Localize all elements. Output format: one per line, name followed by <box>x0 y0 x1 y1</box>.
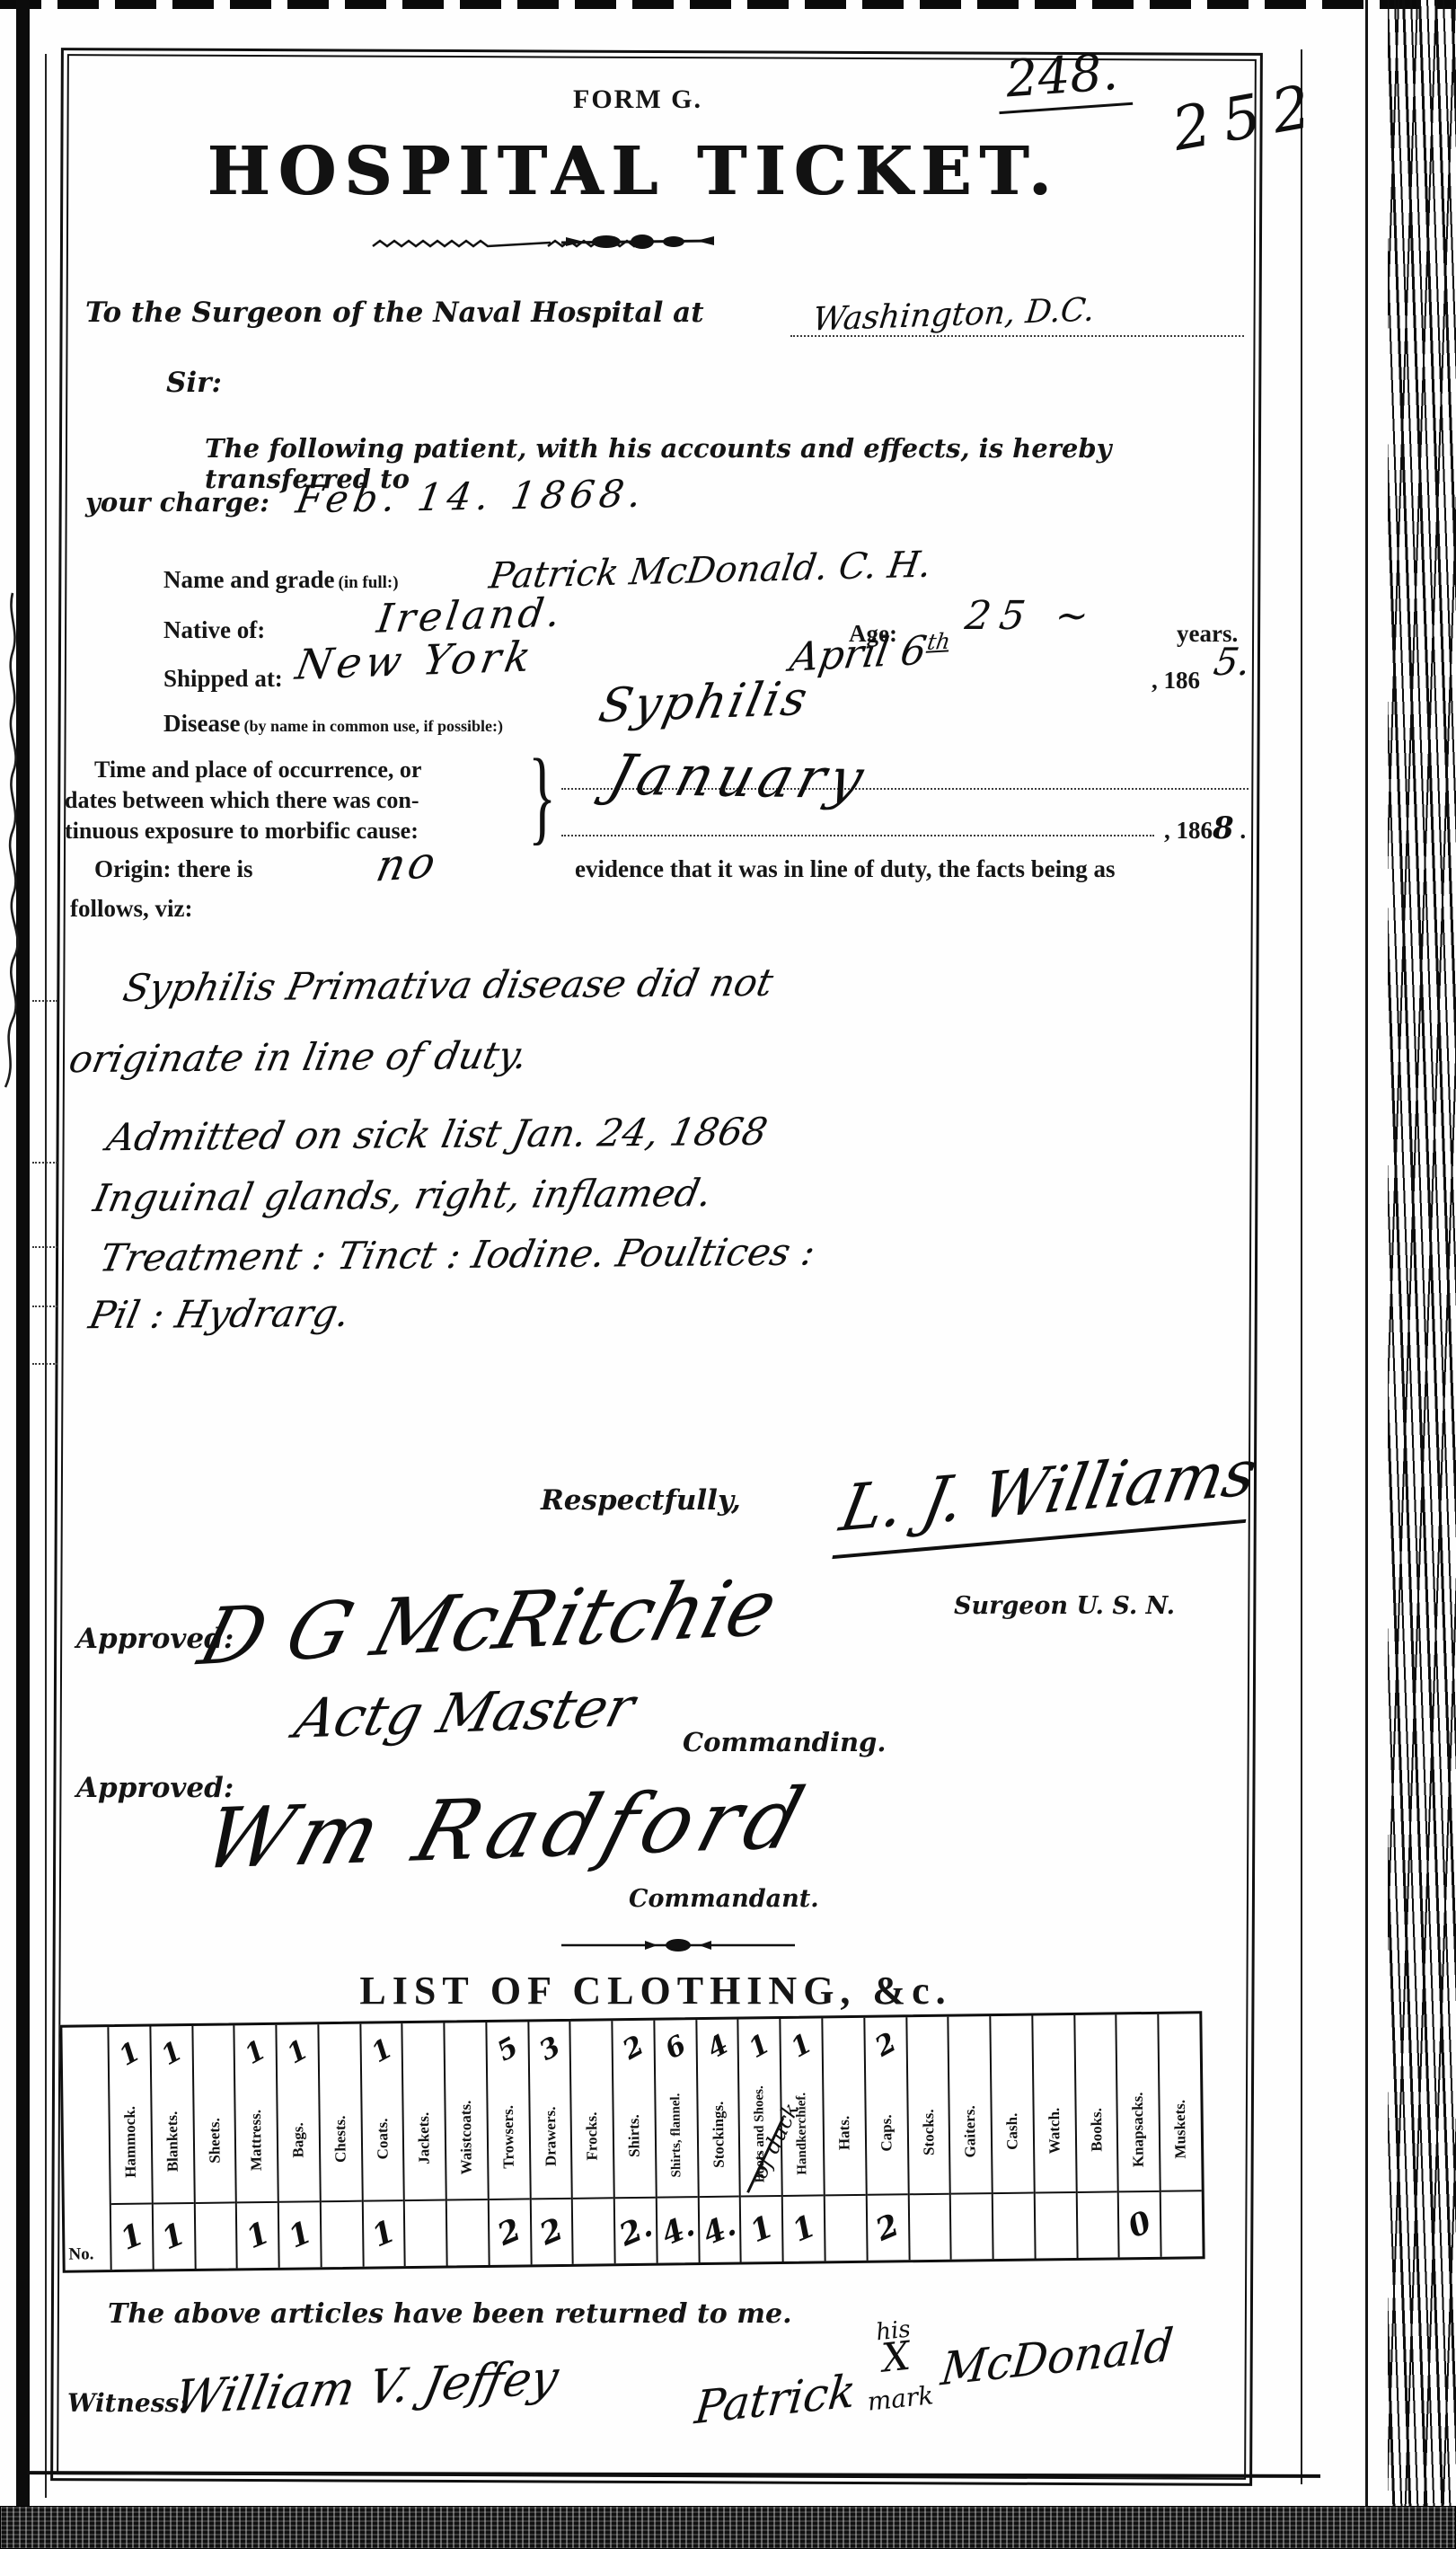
clothing-returned-count <box>573 2197 614 2264</box>
clothing-item-label: Knapsacks. <box>1117 2068 1159 2191</box>
clothing-column: Watch. <box>1031 2015 1076 2259</box>
clothing-column: Chests. <box>317 2024 362 2268</box>
no-label: No. <box>65 2244 95 2270</box>
clothing-column: Jackets. <box>402 2023 446 2267</box>
notes-line1: Syphilis Primativa disease did not <box>119 960 777 1010</box>
clothing-column: Cash. <box>989 2016 1034 2260</box>
clothing-item-label: Hammock. <box>110 2081 151 2204</box>
clothing-item-label: Books. <box>1076 2068 1117 2191</box>
clothing-returned-count: 2 <box>868 2193 909 2261</box>
clothing-returned-count <box>909 2193 950 2261</box>
title-divider-ornament <box>368 232 907 255</box>
to-line-label: To the Surgeon of the Naval Hospital at <box>85 296 704 329</box>
margin-dash-5 <box>32 1362 57 1365</box>
clothing-returned-count: 1 <box>783 2194 825 2261</box>
clothing-returned-count <box>195 2201 236 2269</box>
clothing-item-label: Coats. <box>362 2077 403 2200</box>
clothing-heading: LIST OF CLOTHING, &c. <box>180 1968 1132 2014</box>
clothing-column: Sheets. <box>191 2025 236 2269</box>
clothing-column: 2 Shirts. 2. <box>612 2021 657 2264</box>
approver-role-hw-1: Actg Master <box>288 1676 640 1751</box>
clothing-item-label: Bags. <box>278 2078 319 2201</box>
notes-line6: Pil : Hydrarg. <box>85 1291 354 1338</box>
salutation: Sir: <box>166 367 222 399</box>
clothing-column: 1 Bags. 1 <box>275 2024 320 2268</box>
clothing-item-label: Frocks. <box>572 2075 613 2198</box>
surgeon-title: Surgeon U. S. N. <box>954 1592 1175 1620</box>
clothing-table: No. 1 Hammock. 1 1 Blankets. 1 Sheets. 1… <box>59 2011 1205 2273</box>
clothing-column: 1 Boots and Shoes. of duck 1 <box>737 2019 782 2262</box>
approved-label-2: Approved: <box>76 1772 234 1804</box>
clothing-column: Hats. <box>821 2018 866 2261</box>
shipped-date-ordinal: th <box>925 629 952 656</box>
occurrence-line1: Time and place of occurrence, or <box>94 757 421 783</box>
witness-label: Witness: <box>67 2388 189 2418</box>
clothing-returned-count: 1 <box>154 2202 195 2270</box>
clothing-item-label: Sheets. <box>194 2079 235 2202</box>
occurrence-line3: tinuous exposure to morbific cause: <box>65 818 419 845</box>
clothing-no-column: No. <box>62 2027 110 2270</box>
clothing-item-label: Chests. <box>320 2078 361 2201</box>
occurrence-year: , 1868 . <box>1164 810 1246 846</box>
clothing-item-label: Gaiters. <box>949 2070 991 2193</box>
clothing-returned-count: 2 <box>490 2198 531 2265</box>
scan-left-page-edge <box>45 54 47 2498</box>
margin-dash-3 <box>32 1245 57 1248</box>
clothing-column: 5 Trowsers. 2 <box>485 2022 530 2265</box>
clothing-column: Muskets. <box>1157 2014 1202 2257</box>
clothing-returned-count <box>1077 2191 1118 2258</box>
clothing-returned-count: 4. <box>657 2196 699 2263</box>
origin-value: no <box>372 836 444 892</box>
clothing-returned-count <box>993 2192 1035 2260</box>
clothing-returned-count: 2. <box>615 2197 657 2264</box>
margin-dash-1 <box>32 999 57 1002</box>
name-sublabel: (in full:) <box>339 573 399 592</box>
scan-top-edge <box>0 0 1456 9</box>
book-binding-texture <box>1388 0 1456 2549</box>
clothing-column: 4 Stockings. 4. <box>695 2020 740 2263</box>
clothing-column: Gaiters. <box>948 2016 993 2260</box>
clothing-column: Waistcoats. <box>443 2022 488 2266</box>
margin-dash-4 <box>32 1305 57 1307</box>
clothing-column: Stocks. <box>905 2017 950 2261</box>
clothing-item-label: Shirts. <box>613 2075 655 2198</box>
clothing-issued-count <box>1149 2007 1210 2074</box>
clothing-item-label: Blankets. <box>152 2080 193 2203</box>
clothing-returned-count: 0 <box>1119 2191 1160 2258</box>
clothing-column: 1 Hammock. 1 <box>107 2027 152 2270</box>
hospital-ticket-document: FORM G. 248. 252 HOSPITAL TICKET. To the… <box>0 0 1456 2549</box>
clothing-item-label: Mattress. <box>235 2079 277 2202</box>
clothing-column: 1 Blankets. 1 <box>149 2026 194 2270</box>
respectfully-label: Respectfully, <box>541 1484 741 1517</box>
clothing-columns: 1 Hammock. 1 1 Blankets. 1 Sheets. 1 Mat… <box>107 2014 1202 2270</box>
scan-left-binding-bar <box>16 0 30 2549</box>
disease-value: Syphilis <box>595 672 815 734</box>
clothing-column: Knapsacks. 0 <box>1116 2014 1160 2258</box>
origin-prefix: Origin: there is <box>94 855 252 883</box>
clothing-returned-count <box>1036 2191 1077 2259</box>
clothing-returned-count: 1 <box>363 2199 404 2267</box>
form-label: FORM G. <box>386 84 889 115</box>
clothing-column: Books. <box>1073 2014 1118 2258</box>
scan-bottom-fabric-band <box>0 2506 1456 2549</box>
clothing-column: 6 Shirts, flannel. 4. <box>653 2020 698 2263</box>
clothing-returned-count: 2 <box>531 2198 572 2265</box>
occurrence-rule-2 <box>561 834 1154 836</box>
occurrence-value: January <box>602 742 876 812</box>
notes-line4: Inguinal glands, right, inflamed. <box>90 1171 716 1220</box>
clothing-returned-count: 4. <box>699 2196 740 2263</box>
section-divider-ornament <box>557 1937 799 1953</box>
clothing-item-label: Cash. <box>992 2070 1033 2193</box>
returned-statement: The above articles have been returned to… <box>108 2298 792 2330</box>
clothing-item-label: Shirts, flannel. <box>656 2074 697 2197</box>
clothing-item-label: Jackets. <box>403 2077 445 2200</box>
origin-line2: follows, viz: <box>70 895 192 923</box>
clothing-returned-count <box>951 2192 993 2260</box>
clothing-returned-count <box>447 2199 489 2266</box>
clothing-item-label: Caps. <box>866 2071 907 2194</box>
occurrence-year-value: 8 <box>1213 810 1234 846</box>
shipped-year-printed: , 186 <box>1152 667 1200 695</box>
clothing-returned-count <box>1161 2190 1203 2257</box>
clothing-column: 3 Drawers. 2 <box>527 2022 572 2265</box>
notes-line2: originate in line of duty. <box>66 1033 532 1082</box>
transfer-date-value: Feb. 14. 1868. <box>293 472 649 522</box>
clothing-returned-count <box>825 2194 867 2261</box>
shipped-at-label: Shipped at: <box>163 665 283 693</box>
approver-role-printed-2: Commandant. <box>629 1885 819 1913</box>
disease-label: Disease <box>163 710 240 737</box>
clothing-column: 2 Caps. 2 <box>863 2017 908 2261</box>
origin-suffix: evidence that it was in line of duty, th… <box>575 855 1116 883</box>
clothing-returned-count <box>322 2200 363 2268</box>
left-margin-handwriting <box>0 557 31 1096</box>
clothing-returned-count: 1 <box>279 2200 321 2268</box>
approver-role-printed-1: Commanding. <box>683 1727 886 1757</box>
clothing-returned-count: 1 <box>111 2203 153 2270</box>
clothing-item-label: Hats. <box>824 2072 865 2195</box>
clothing-item-label: Trowsers. <box>488 2075 529 2199</box>
ticket-number-primary: 248. <box>995 42 1133 114</box>
native-of-label: Native of: <box>163 616 265 644</box>
occurrence-brace: } <box>528 735 556 857</box>
clothing-item-label: Stocks. <box>908 2071 949 2194</box>
notes-line5: Treatment : Tinct : Iodine. Poultices : <box>96 1229 819 1279</box>
body-line2: your charge: <box>85 487 269 518</box>
clothing-column: 1 Coats. 1 <box>359 2023 404 2267</box>
clothing-returned-count: 1 <box>237 2201 278 2269</box>
age-value: 25 ~ <box>962 593 1100 639</box>
clothing-returned-count: 1 <box>741 2195 782 2262</box>
shipped-at-value: New York <box>292 632 539 689</box>
scan-right-page-edge-2 <box>1365 0 1368 2549</box>
scan-right-page-edge <box>1301 49 1302 2484</box>
page-title: HOSPITAL TICKET. <box>72 133 1195 210</box>
patient-last-name: McDonald <box>939 2318 1176 2395</box>
clothing-item-label: Drawers. <box>530 2075 571 2199</box>
name-label: Name and grade <box>163 566 335 593</box>
clothing-item-label: Muskets. <box>1160 2067 1201 2191</box>
clothing-item-label: Waistcoats. <box>446 2076 487 2199</box>
clothing-item-label: Watch. <box>1034 2069 1075 2192</box>
disease-sublabel: (by name in common use, if possible:) <box>243 717 503 735</box>
clothing-returned-count <box>405 2199 446 2267</box>
patient-x-mark: X <box>861 2341 930 2375</box>
margin-dash-2 <box>32 1161 57 1164</box>
clothing-column: Frocks. <box>569 2021 614 2264</box>
occurrence-line2: dates between which there was con- <box>65 787 419 814</box>
clothing-column: 1 Mattress. 1 <box>234 2025 278 2269</box>
notes-line3: Admitted on sick list Jan. 24, 1868 <box>103 1110 772 1159</box>
clothing-item-label: Stockings. <box>698 2074 739 2197</box>
